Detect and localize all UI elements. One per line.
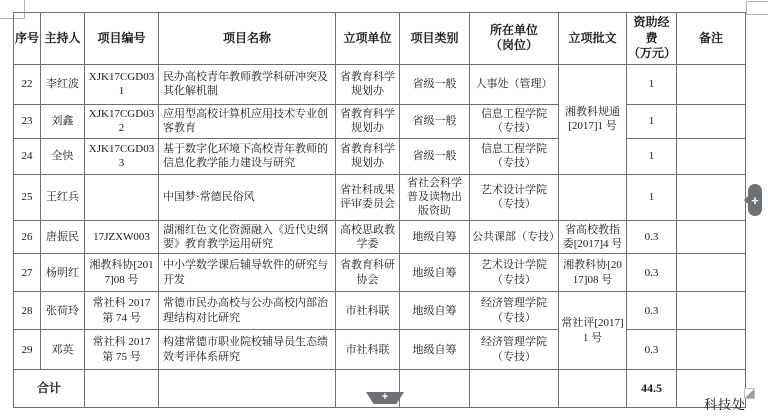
cell[interactable]: 省社科成果评审委员会 — [336, 174, 400, 220]
table-row: 22李红波XJK17CGD031民办高校青年教师教学科研冲突及其化解机制省教育科… — [14, 64, 746, 104]
cell[interactable]: 全快 — [41, 138, 85, 174]
cell[interactable]: 李红波 — [41, 64, 85, 104]
cell[interactable]: 0.3 — [627, 220, 677, 254]
cell[interactable]: 中国梦·常德民俗风 — [159, 174, 336, 220]
cell[interactable]: 1 — [627, 138, 677, 174]
cell[interactable]: 地级自筹 — [400, 292, 470, 330]
cell[interactable]: XJK17CGD031 — [85, 64, 159, 104]
cell[interactable] — [677, 64, 746, 104]
cell[interactable] — [677, 104, 746, 138]
column-header[interactable]: 项目编号 — [85, 13, 159, 65]
cell[interactable]: 湖湘红色文化资源融入《近代史纲要》教育教学运用研究 — [159, 220, 336, 254]
cell[interactable]: 省教育科学规划办 — [336, 64, 400, 104]
cell[interactable]: 17JZXW003 — [85, 220, 159, 254]
cell[interactable]: 湘教科协[2017]08 号 — [559, 254, 627, 292]
department-signature[interactable]: 科技处 — [704, 394, 746, 413]
cell[interactable]: 艺术设计学院（专技） — [470, 254, 559, 292]
cell[interactable]: 市社科联 — [336, 292, 400, 330]
cell[interactable]: 常社科 2017 第 75 号 — [85, 330, 159, 370]
table-row: 24全快XJK17CGD033基于数字化环境下高校青年教师的信息化教学能力建设与… — [14, 138, 746, 174]
projects-table: 序号主持人项目编号项目名称立项单位项目类别所在单位 （岗位）立项批文资助经费 （… — [13, 12, 746, 408]
previous-table-corner-fragment — [746, 1, 768, 15]
cell[interactable]: 0.3 — [627, 254, 677, 292]
cell[interactable]: 高校思政教学委 — [336, 220, 400, 254]
cell[interactable]: 经济管理学院（专技） — [470, 292, 559, 330]
cell[interactable]: 地级自筹 — [400, 254, 470, 292]
cell[interactable]: 常社科 2017 第 74 号 — [85, 292, 159, 330]
cell[interactable]: 信息工程学院（专技） — [470, 104, 559, 138]
cell[interactable]: 人事处（管理） — [470, 64, 559, 104]
cell[interactable]: 28 — [14, 292, 41, 330]
cell[interactable]: 23 — [14, 104, 41, 138]
cell[interactable]: 27 — [14, 254, 41, 292]
cell[interactable]: 0.3 — [627, 330, 677, 370]
cell[interactable]: 地级自筹 — [400, 330, 470, 370]
cell[interactable]: 杨明红 — [41, 254, 85, 292]
cell[interactable]: 刘鑫 — [41, 104, 85, 138]
column-header[interactable]: 主持人 — [41, 13, 85, 65]
cell[interactable]: 24 — [14, 138, 41, 174]
cell[interactable]: 1 — [627, 104, 677, 138]
table-row: 29邓英常社科 2017 第 75 号构建常德市职业院校辅导员生态绩效考评体系研… — [14, 330, 746, 370]
cell[interactable] — [470, 370, 559, 408]
cell[interactable] — [677, 138, 746, 174]
cell[interactable]: 0.3 — [627, 292, 677, 330]
cell[interactable]: 湘教科协[2017]08 号 — [85, 254, 159, 292]
cell[interactable]: 省教育科学规划办 — [336, 138, 400, 174]
cell[interactable] — [85, 174, 159, 220]
cell[interactable]: 中小学数学课后辅导软件的研究与开发 — [159, 254, 336, 292]
cell[interactable]: 基于数字化环境下高校青年教师的信息化教学能力建设与研究 — [159, 138, 336, 174]
cell[interactable]: 张荷玲 — [41, 292, 85, 330]
table-head-row: 序号主持人项目编号项目名称立项单位项目类别所在单位 （岗位）立项批文资助经费 （… — [14, 13, 746, 65]
cell[interactable]: 地级自筹 — [400, 220, 470, 254]
cell[interactable]: 唐振民 — [41, 220, 85, 254]
cell[interactable]: 44.5 — [627, 370, 677, 408]
cell[interactable]: 22 — [14, 64, 41, 104]
insert-column-button[interactable]: + — [748, 184, 762, 216]
cell[interactable] — [400, 370, 470, 408]
cell[interactable]: 艺术设计学院（专技） — [470, 174, 559, 220]
column-header[interactable]: 序号 — [14, 13, 41, 65]
cell[interactable]: 29 — [14, 330, 41, 370]
column-header[interactable]: 立项单位 — [336, 13, 400, 65]
cell[interactable] — [559, 174, 627, 220]
cell[interactable]: 民办高校青年教师教学科研冲突及其化解机制 — [159, 64, 336, 104]
cell[interactable]: 省级一般 — [400, 138, 470, 174]
column-header[interactable]: 立项批文 — [559, 13, 627, 65]
cell[interactable]: 合计 — [14, 370, 85, 408]
cell[interactable]: 王红兵 — [41, 174, 85, 220]
cell[interactable]: XJK17CGD033 — [85, 138, 159, 174]
cell[interactable] — [677, 254, 746, 292]
cell[interactable]: 应用型高校计算机应用技术专业创客教育 — [159, 104, 336, 138]
cell[interactable] — [677, 174, 746, 220]
column-header[interactable]: 备注 — [677, 13, 746, 65]
cell[interactable]: 公共课部（专技） — [470, 220, 559, 254]
table-row: 25王红兵中国梦·常德民俗风省社科成果评审委员会省社会科学普及读物出版资助艺术设… — [14, 174, 746, 220]
plus-icon: + — [751, 193, 759, 208]
cell[interactable]: 省级一般 — [400, 64, 470, 104]
cell[interactable] — [159, 370, 336, 408]
cell[interactable]: 省社会科学普及读物出版资助 — [400, 174, 470, 220]
cell[interactable]: 26 — [14, 220, 41, 254]
column-header[interactable]: 项目类别 — [400, 13, 470, 65]
cell[interactable]: 省教育科学规划办 — [336, 104, 400, 138]
cell[interactable]: 邓英 — [41, 330, 85, 370]
cell[interactable]: 湘教科规通[2017]1 号 — [559, 64, 627, 174]
cell[interactable]: 1 — [627, 174, 677, 220]
cell[interactable]: 构建常德市职业院校辅导员生态绩效考评体系研究 — [159, 330, 336, 370]
cell[interactable]: 经济管理学院（专技） — [470, 330, 559, 370]
table-body: 22李红波XJK17CGD031民办高校青年教师教学科研冲突及其化解机制省教育科… — [14, 64, 746, 407]
cell[interactable] — [677, 330, 746, 370]
cell[interactable]: 25 — [14, 174, 41, 220]
document-page[interactable]: 序号主持人项目编号项目名称立项单位项目类别所在单位 （岗位）立项批文资助经费 （… — [0, 0, 768, 417]
cell[interactable] — [677, 220, 746, 254]
cell[interactable]: 常德市民办高校与公办高校内部治理结构对比研究 — [159, 292, 336, 330]
cell[interactable] — [677, 292, 746, 330]
column-header[interactable]: 资助经费 （万元） — [627, 13, 677, 65]
cell[interactable]: 省教育科研协会 — [336, 254, 400, 292]
table-row: 23刘鑫XJK17CGD032应用型高校计算机应用技术专业创客教育省教育科学规划… — [14, 104, 746, 138]
cell[interactable]: 省级一般 — [400, 104, 470, 138]
cell[interactable]: 常社评[2017]1 号 — [559, 292, 627, 370]
column-header[interactable]: 项目名称 — [159, 13, 336, 65]
cell[interactable] — [85, 370, 159, 408]
cell[interactable]: XJK17CGD032 — [85, 104, 159, 138]
cell[interactable]: 信息工程学院（专技） — [470, 138, 559, 174]
table-row: 26唐振民17JZXW003湖湘红色文化资源融入《近代史纲要》教育教学运用研究高… — [14, 220, 746, 254]
cell[interactable] — [559, 370, 627, 408]
column-header[interactable]: 所在单位 （岗位） — [470, 13, 559, 65]
plus-icon: + — [382, 392, 388, 402]
cell[interactable]: 市社科联 — [336, 330, 400, 370]
table-row: 27杨明红湘教科协[2017]08 号中小学数学课后辅导软件的研究与开发省教育科… — [14, 254, 746, 292]
cell[interactable]: 省高校教指委[2017]4 号 — [559, 220, 627, 254]
table-header: 序号主持人项目编号项目名称立项单位项目类别所在单位 （岗位）立项批文资助经费 （… — [14, 13, 746, 65]
table-row: 28张荷玲常社科 2017 第 74 号常德市民办高校与公办高校内部治理结构对比… — [14, 292, 746, 330]
cell[interactable]: 1 — [627, 64, 677, 104]
